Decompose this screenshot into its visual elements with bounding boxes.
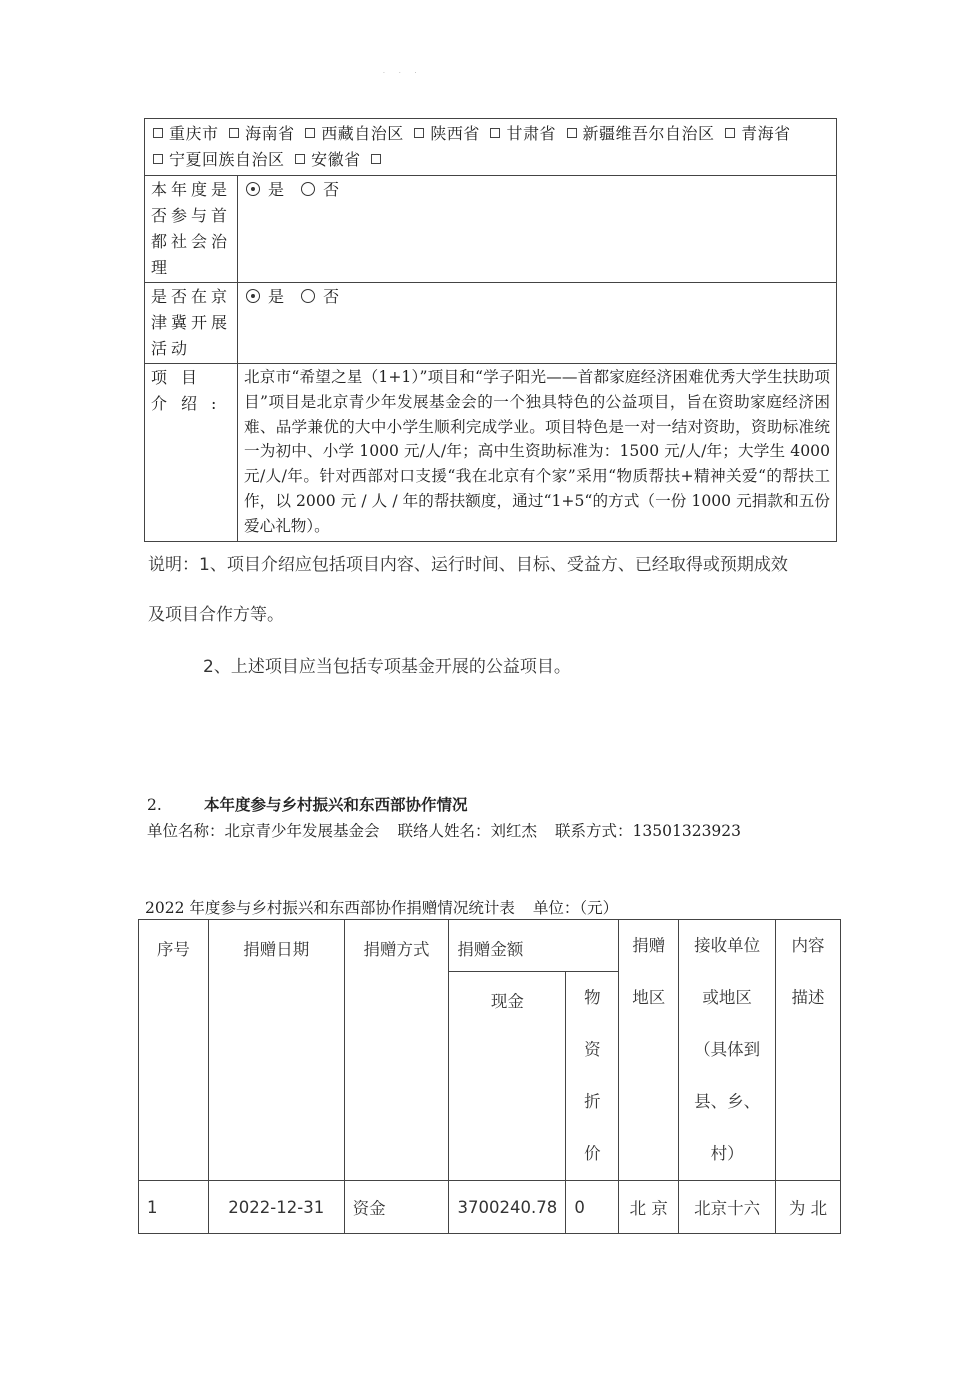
donation-table: 序号 捐赠日期 捐赠方式 捐赠金额 捐赠 地区 接收单位 或地区 （具体到 县、…	[138, 919, 841, 1234]
jingjinji-label: 是否在京津冀开展活动	[145, 283, 238, 364]
project-intro-row: 项目介绍: 北京市“希望之星（1+1）”项目和“学子阳光——首都家庭经济困难优秀…	[145, 364, 837, 542]
province-option[interactable]: 青海省	[725, 124, 791, 143]
header-method: 捐赠方式	[344, 920, 449, 1181]
project-intro-label: 项目介绍:	[145, 364, 238, 542]
section-number: 2.	[147, 796, 204, 814]
cell-cash: 3700240.78	[449, 1181, 566, 1234]
cell-date: 2022-12-31	[208, 1181, 344, 1234]
province-option[interactable]: 甘肃省	[490, 124, 556, 143]
radio-no-label: 否	[323, 180, 339, 199]
province-checklist: 重庆市 海南省 西藏自治区 陕西省 甘肃省 新疆维吾尔自治区 青海省 宁夏回族自…	[145, 119, 837, 176]
province-option[interactable]: 新疆维吾尔自治区	[567, 124, 715, 143]
table-unit: 单位：（元）	[533, 899, 618, 917]
capital-governance-label: 本年度是否参与首都社会治理	[145, 176, 238, 283]
province-option[interactable]: 重庆市	[153, 124, 219, 143]
contact-name: 联络人姓名：刘红杰	[398, 822, 538, 840]
org-name: 单位名称：北京青少年发展基金会	[147, 822, 380, 840]
radio-empty-icon[interactable]	[301, 182, 315, 196]
header-date: 捐赠日期	[208, 920, 344, 1181]
radio-empty-icon[interactable]	[301, 289, 315, 303]
header-description: 内容 描述	[776, 920, 841, 1181]
province-option[interactable]: 安徽省	[295, 150, 361, 169]
note-2: 2、上述项目应当包括专项基金开展的公益项目。	[203, 652, 571, 677]
checkbox-icon[interactable]	[414, 128, 424, 138]
province-option[interactable]: 陕西省	[414, 124, 480, 143]
scan-specks: · · ·	[383, 70, 423, 77]
radio-selected-icon[interactable]	[246, 289, 260, 303]
cell-region: 北 京	[619, 1181, 679, 1234]
radio-no-label: 否	[323, 287, 339, 306]
checkbox-icon[interactable]	[725, 128, 735, 138]
table-caption: 2022 年度参与乡村振兴和东西部协作捐赠情况统计表单位：（元）	[145, 896, 618, 918]
note-1-line-2: 及项目合作方等。	[148, 600, 284, 625]
header-region: 捐赠 地区	[619, 920, 679, 1181]
radio-yes-label: 是	[268, 287, 284, 306]
header-receiver: 接收单位 或地区 （具体到 县、乡、 村）	[679, 920, 776, 1181]
checkbox-icon[interactable]	[153, 154, 163, 164]
project-intro-text: 北京市“希望之星（1+1）”项目和“学子阳光——首都家庭经济困难优秀大学生扶助项…	[238, 364, 837, 542]
checkbox-icon[interactable]	[229, 128, 239, 138]
org-info-line: 单位名称：北京青少年发展基金会联络人姓名：刘红杰联系方式：13501323923	[147, 819, 759, 841]
cell-seq: 1	[139, 1181, 209, 1234]
header-cash: 现金	[449, 972, 566, 1181]
cell-method: 资金	[344, 1181, 449, 1234]
province-option[interactable]: 西藏自治区	[305, 124, 404, 143]
checkbox-icon[interactable]	[295, 154, 305, 164]
checkbox-icon[interactable]	[567, 128, 577, 138]
project-form-table: 重庆市 海南省 西藏自治区 陕西省 甘肃省 新疆维吾尔自治区 青海省 宁夏回族自…	[144, 118, 837, 542]
header-amount: 捐赠金额	[449, 920, 619, 972]
table-row: 1 2022-12-31 资金 3700240.78 0 北 京 北京十六 为 …	[139, 1181, 841, 1234]
section-2-heading: 2.本年度参与乡村振兴和东西部协作情况	[147, 793, 468, 815]
checkbox-icon[interactable]	[371, 154, 381, 164]
header-seq: 序号	[139, 920, 209, 1181]
province-option[interactable]	[371, 150, 387, 169]
contact-phone: 联系方式：13501323923	[555, 822, 741, 840]
province-option[interactable]: 宁夏回族自治区	[153, 150, 285, 169]
table-title: 2022 年度参与乡村振兴和东西部协作捐赠情况统计表	[145, 899, 515, 917]
cell-goods: 0	[566, 1181, 619, 1234]
cell-receiver: 北京十六	[679, 1181, 776, 1234]
note-1-line-1: 说明：1、项目介绍应包括项目内容、运行时间、目标、受益方、已经取得或预期成效	[148, 550, 788, 575]
checkbox-icon[interactable]	[153, 128, 163, 138]
checkbox-icon[interactable]	[305, 128, 315, 138]
section-title: 本年度参与乡村振兴和东西部协作情况	[204, 795, 468, 814]
header-goods-value: 物 资 折 价	[566, 972, 619, 1181]
province-option[interactable]: 海南省	[229, 124, 295, 143]
radio-selected-icon[interactable]	[246, 182, 260, 196]
checkbox-icon[interactable]	[490, 128, 500, 138]
jingjinji-options: 是 否	[238, 283, 837, 364]
cell-description: 为 北	[776, 1181, 841, 1234]
capital-governance-row: 本年度是否参与首都社会治理 是 否	[145, 176, 837, 283]
jingjinji-row: 是否在京津冀开展活动 是 否	[145, 283, 837, 364]
capital-governance-options: 是 否	[238, 176, 837, 283]
radio-yes-label: 是	[268, 180, 284, 199]
